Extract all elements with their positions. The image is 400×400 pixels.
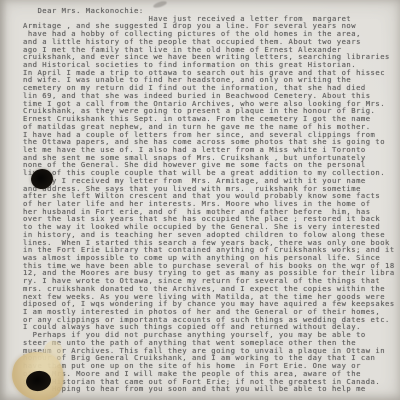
letter-page: Dear Mrs. Mackonochie: Have just receive… [0,0,400,400]
letter-text: Dear Mrs. Mackonochie: Have just receive… [23,7,395,393]
